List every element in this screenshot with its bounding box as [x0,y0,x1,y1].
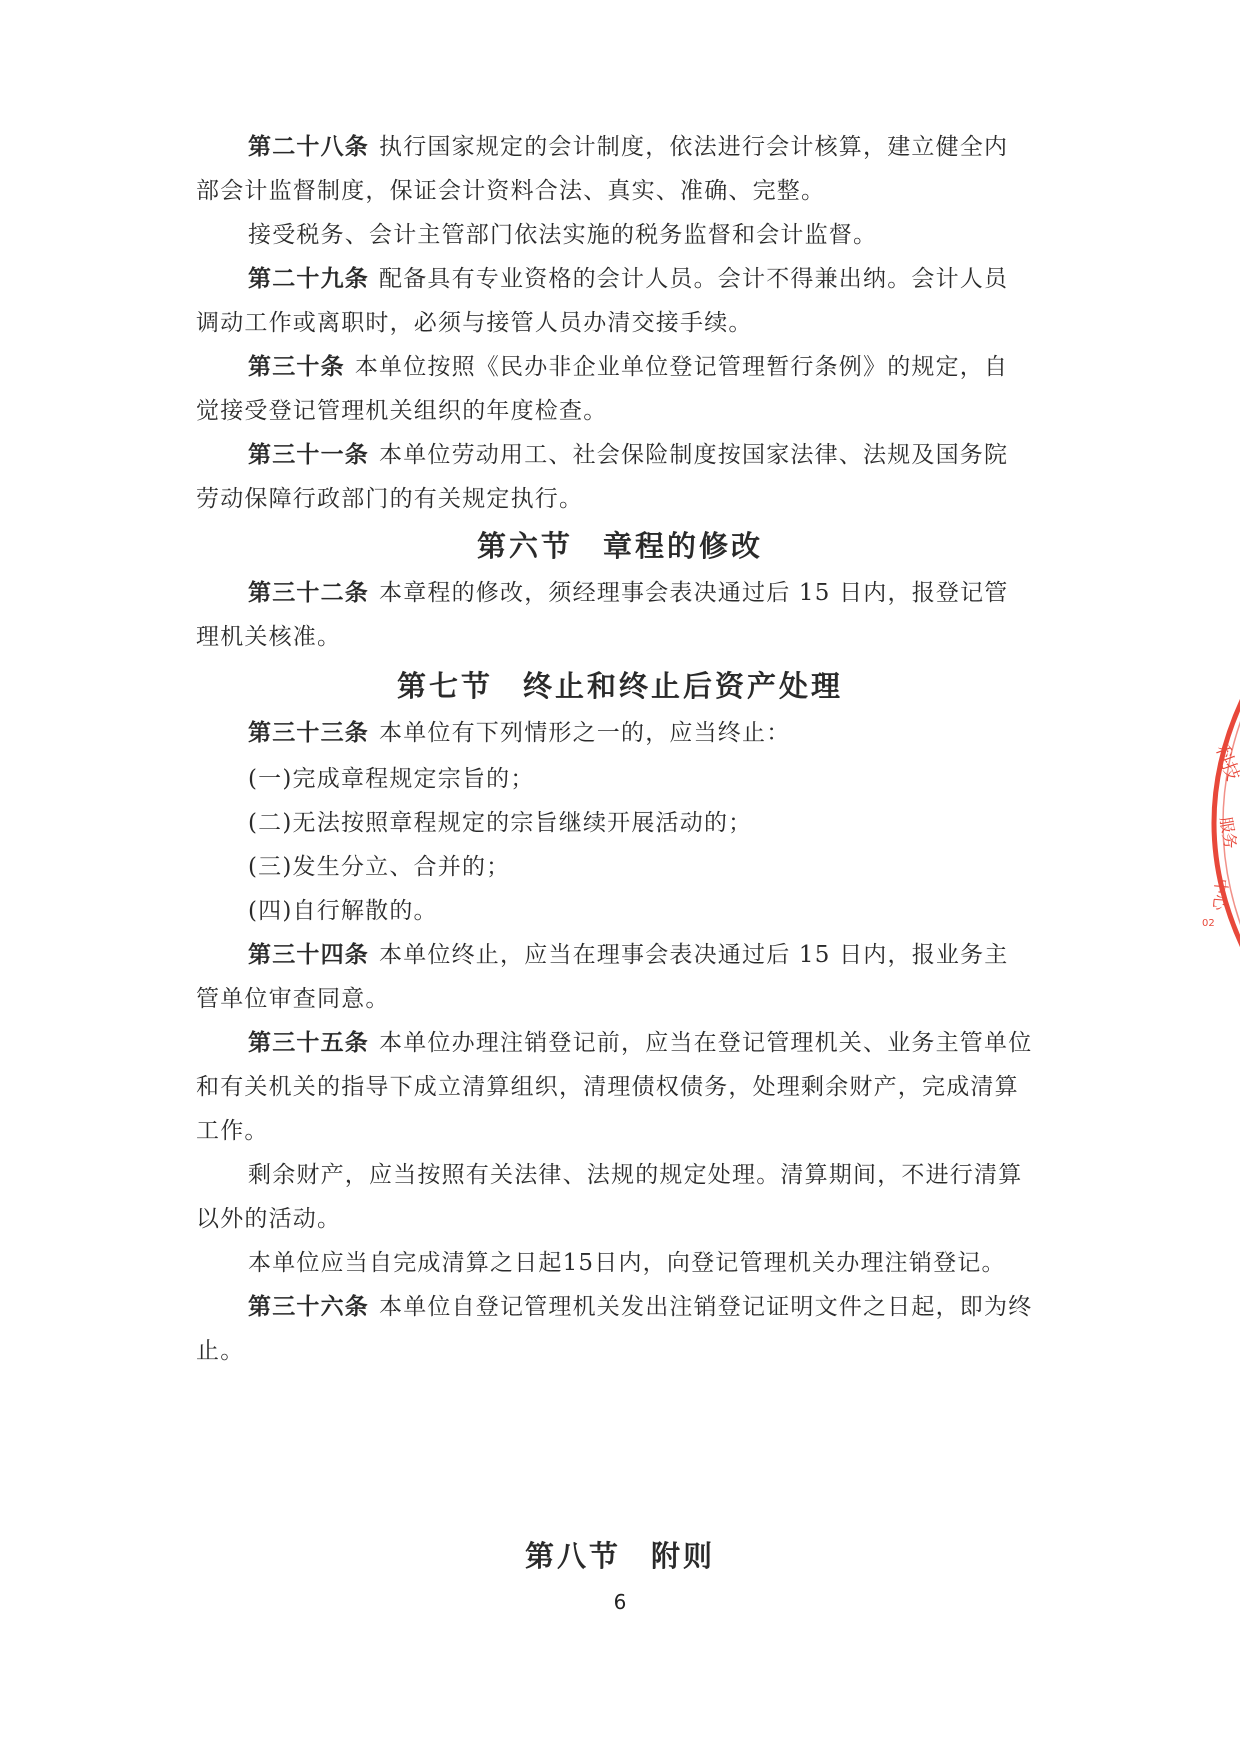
section-heading-8: 第八节附则 [0,1538,1240,1574]
paragraph-line: 劳动保障行政部门的有关规定执行。 [196,484,583,514]
paragraph-line: 第三十一条本单位劳动用工、社会保险制度按国家法律、法规及国务院 [248,440,1008,470]
section-heading-6: 第六节章程的修改 [0,528,1240,564]
paragraph-line: 第三十二条本章程的修改，须经理事会表决通过后 15 日内，报登记管 [248,578,1009,608]
paragraph-line: 工作。 [196,1116,269,1146]
paragraph-line: 第三十六条本单位自登记管理机关发出注销登记证明文件之日起，即为终 [248,1292,1032,1322]
article-label: 第二十九条 [248,265,369,292]
paragraph-line: 剩余财产，应当按照有关法律、法规的规定处理。清算期间，不进行清算 [248,1160,1022,1190]
svg-text:服务: 服务 [1216,815,1240,850]
paragraph-line: 管单位审查同意。 [196,984,390,1014]
paragraph-line: 和有关机关的指导下成立清算组织，清理债权债务，处理剩余财产，完成清算 [196,1072,1019,1102]
article-label: 第三十四条 [248,941,369,968]
list-item: (三)发生分立、合并的； [248,852,510,882]
paragraph-line: 本单位应当自完成清算之日起15日内，向登记管理机关办理注销登记。 [248,1248,1006,1278]
paragraph-line: 第三十五条本单位办理注销登记前，应当在登记管理机关、业务主管单位 [248,1028,1032,1058]
paragraph-line: 调动工作或离职时，必须与接管人员办清交接手续。 [196,308,753,338]
paragraph-line: 接受税务、会计主管部门依法实施的税务监督和会计监督。 [248,220,877,250]
paragraph-line: 部会计监督制度，保证会计资料合法、真实、准确、完整。 [196,176,825,206]
article-label: 第二十八条 [248,133,369,160]
paragraph-line: 第二十九条配备具有专业资格的会计人员。会计不得兼出纳。会计人员 [248,264,1008,294]
article-label: 第三十条 [248,353,345,380]
paragraph-line: 第三十四条本单位终止，应当在理事会表决通过后 15 日内，报业务主 [248,940,1009,970]
article-label: 第三十一条 [248,441,369,468]
article-label: 第三十五条 [248,1029,369,1056]
paragraph-line: 理机关核准。 [196,622,341,652]
paragraph-line: 以外的活动。 [196,1204,341,1234]
list-item: (四)自行解散的。 [248,896,438,926]
paragraph-line: 觉接受登记管理机关组织的年度检查。 [196,396,607,426]
page-number: 6 [0,1590,1240,1614]
svg-text:中心: 中心 [1209,878,1231,913]
article-label: 第三十六条 [248,1293,369,1320]
seal-stamp-icon: 科技 服务 中心 02 [1190,688,1240,958]
paragraph-line: 第二十八条执行国家规定的会计制度，依法进行会计核算，建立健全内 [248,132,1008,162]
section-heading-7: 第七节终止和终止后资产处理 [0,668,1240,704]
document-page: 第二十八条执行国家规定的会计制度，依法进行会计核算，建立健全内 部会计监督制度，… [0,0,1240,1753]
paragraph-line: 第三十条本单位按照《民办非企业单位登记管理暂行条例》的规定，自 [248,352,1008,382]
list-item: (二)无法按照章程规定的宗旨继续开展活动的； [248,808,752,838]
list-item: (一)完成章程规定宗旨的； [248,764,535,794]
paragraph-line: 止。 [196,1336,244,1366]
paragraph-line: 第三十三条本单位有下列情形之一的，应当终止： [248,718,790,748]
article-label: 第三十二条 [248,579,369,606]
article-label: 第三十三条 [248,719,369,746]
svg-text:02: 02 [1202,918,1215,929]
